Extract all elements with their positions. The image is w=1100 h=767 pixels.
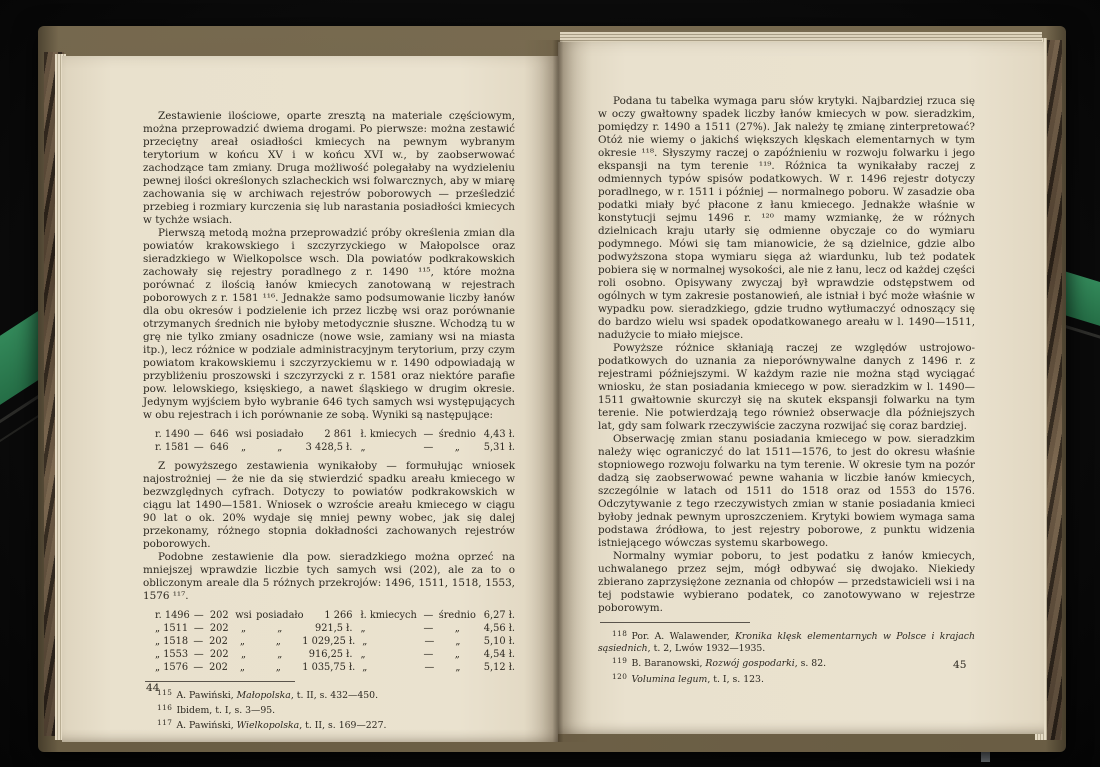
paragraph: Powyższe różnice skłaniają raczej ze wzg… [598,342,975,433]
footnote-number: 120 [612,672,627,681]
table-cell: ł. kmiecych [352,609,418,622]
table-cell: 646 [207,428,231,441]
footnote-text: A. Pawiński, [176,690,236,701]
footnote-divider [145,681,295,682]
paragraph: Zestawienie ilościowe, oparte zresztą na… [143,110,515,227]
table-cell: — [418,428,438,441]
table-cell: r. 1496 [155,609,190,622]
table-cell: 1 266 [304,609,352,622]
table-row: r. 1490 — 646 wsi posiadało 2 861 ł. kmi… [155,428,515,441]
footnote-number: 116 [157,703,172,712]
page-left: Zestawienie ilościowe, oparte zresztą na… [62,56,558,742]
table-cell: — [418,648,438,661]
table-cell: posiadało [256,428,304,441]
table-cell: — [190,441,207,454]
page-right: Podana tu tabelka wymaga paru słów kryty… [558,42,1044,734]
table-cell: „ 1511 [155,622,190,635]
footnote: 117A. Pawiński, Wielkopolska, t. II, s. … [143,717,515,732]
table-cell: średnio [439,609,476,622]
table-cell: r. 1581 [155,441,190,454]
table-cell: 921,5 ł. [304,622,352,635]
land-table-1490-1581: r. 1490 — 646 wsi posiadało 2 861 ł. kmi… [155,428,515,454]
table-cell: „ [231,622,255,635]
table-cell: „ [254,661,302,674]
table-cell: „ [352,441,418,454]
table-cell: 202 [207,609,231,622]
page-number-left: 44 [146,682,159,694]
table-cell: „ 1518 [155,635,190,648]
footnote-title: Małopolska [237,690,291,701]
paragraph: Pierwszą metodą można przeprowadzić prób… [143,227,515,422]
footnote-number: 118 [612,629,627,638]
table-cell: — [190,635,207,648]
footnote-number: 117 [157,718,172,727]
footnote-title: Wielkopolska [237,720,300,731]
footnotes: 115A. Pawiński, Małopolska, t. II, s. 43… [143,681,515,733]
footnote: 116Ibidem, t. I, s. 3—95. [143,702,515,717]
footnote-text: A. Pawiński, [176,720,236,731]
footnote-text: , s. 82. [795,658,826,669]
table-row: r. 1496 — 202 wsi posiadało 1 266 ł. kmi… [155,609,515,622]
paragraph: Obserwację zmian stanu posiadania kmiece… [598,433,975,550]
footnote-number: 119 [612,656,627,665]
table-cell: 202 [207,635,231,648]
footnote-text: , t. II, s. 432—450. [291,690,378,701]
page-number-right: 45 [953,659,966,671]
table-row: „ 1518 — 202 „ „ 1 029,25 ł. „ — „ 5,10 … [155,635,515,648]
book-scan: Zestawienie ilościowe, oparte zresztą na… [38,26,1066,752]
table-cell: 6,27 ł. [476,609,515,622]
table-cell: 202 [207,648,231,661]
table-cell: „ 1576 [155,661,190,674]
table-cell: „ [440,635,477,648]
table-cell: „ [254,635,302,648]
table-cell: 1 035,75 ł. [302,661,354,674]
table-cell: 4,54 ł. [476,648,515,661]
footnotes: 118Por. A. Walawender, Kronika klęsk ele… [598,622,975,686]
table-cell: średnio [439,428,476,441]
footnote-text: Ibidem, t. I, s. 3—95. [176,705,275,716]
table-cell: — [418,609,438,622]
table-cell: — [418,622,438,635]
table-cell: „ [230,635,254,648]
table-cell: — [190,648,207,661]
footnote-text: , t. II, s. 169—227. [299,720,386,731]
table-cell: — [190,622,207,635]
footnote: 119B. Baranowski, Rozwój gospodarki, s. … [598,655,975,670]
footnote: 118Por. A. Walawender, Kronika klęsk ele… [598,628,975,655]
table-cell: 916,25 ł. [304,648,352,661]
table-cell: 5,31 ł. [476,441,515,454]
footnote: 115A. Pawiński, Małopolska, t. II, s. 43… [143,687,515,702]
footnote: 120Volumina legum, t. I, s. 123. [598,671,975,686]
table-cell: ł. kmiecych [352,428,418,441]
table-cell: 202 [207,661,231,674]
table-cell: „ [256,441,304,454]
table-cell: posiadało [256,609,304,622]
table-row: „ 1576 — 202 „ „ 1 035,75 ł. „ — „ 5,12 … [155,661,515,674]
table-cell: „ [231,441,255,454]
footnote-text: , t. 2, Lwów 1932—1935. [648,643,766,654]
table-cell: wsi [231,609,255,622]
table-cell: „ [230,661,254,674]
table-cell: „ [256,622,304,635]
table-cell: „ 1553 [155,648,190,661]
table-row: „ 1511 — 202 „ „ 921,5 ł. „ — „ 4,56 ł. [155,622,515,635]
table-row: „ 1553 — 202 „ „ 916,25 ł. „ — „ 4,54 ł. [155,648,515,661]
table-cell: „ [439,441,476,454]
table-cell: 5,10 ł. [476,635,515,648]
paragraph: Podobne zestawienie dla pow. sieradzkieg… [143,551,515,603]
page-right-text: Podana tu tabelka wymaga paru słów kryty… [598,95,975,686]
table-cell: — [418,441,438,454]
table-cell: r. 1490 [155,428,190,441]
table-cell: — [419,661,439,674]
paragraph: Normalny wymiar poboru, to jest podatku … [598,550,975,615]
table-cell: „ [440,661,477,674]
paragraph: Z powyższego zestawienia wynikałoby — fo… [143,460,515,551]
table-row: r. 1581 — 646 „ „ 3 428,5 ł. „ — „ 5,31 … [155,441,515,454]
book-edge-marbled-right [1046,40,1062,740]
footnote-divider [600,622,750,623]
table-cell: „ [352,622,418,635]
table-cell: „ [354,661,419,674]
table-cell: 2 861 [304,428,352,441]
table-cell: 202 [207,622,231,635]
paragraph: Podana tu tabelka wymaga paru słów kryty… [598,95,975,342]
footnote-text: Por. A. Walawender, [631,631,735,642]
table-cell: 5,12 ł. [476,661,515,674]
table-cell: wsi [231,428,255,441]
land-table-1496-1576: r. 1496 — 202 wsi posiadało 1 266 ł. kmi… [155,609,515,674]
table-cell: — [190,609,207,622]
footnote-title: Rozwój gospodarki [705,658,794,669]
table-cell: „ [231,648,255,661]
page-left-text: Zestawienie ilościowe, oparte zresztą na… [143,110,515,733]
table-cell: — [190,428,207,441]
table-cell: 4,56 ł. [476,622,515,635]
table-cell: — [419,635,439,648]
table-cell: „ [352,648,418,661]
footnote-text: , t. I, s. 123. [707,674,764,685]
table-cell: „ [439,622,476,635]
table-cell: 3 428,5 ł. [304,441,352,454]
table-cell: — [190,661,207,674]
table-cell: „ [256,648,304,661]
table-cell: „ [354,635,419,648]
backdrop: Zestawienie ilościowe, oparte zresztą na… [0,0,1100,767]
footnote-title: Volumina legum [631,674,707,685]
footnote-text: B. Baranowski, [631,658,705,669]
table-cell: 1 029,25 ł. [302,635,354,648]
table-cell: 4,43 ł. [476,428,515,441]
table-cell: „ [439,648,476,661]
table-cell: 646 [207,441,231,454]
